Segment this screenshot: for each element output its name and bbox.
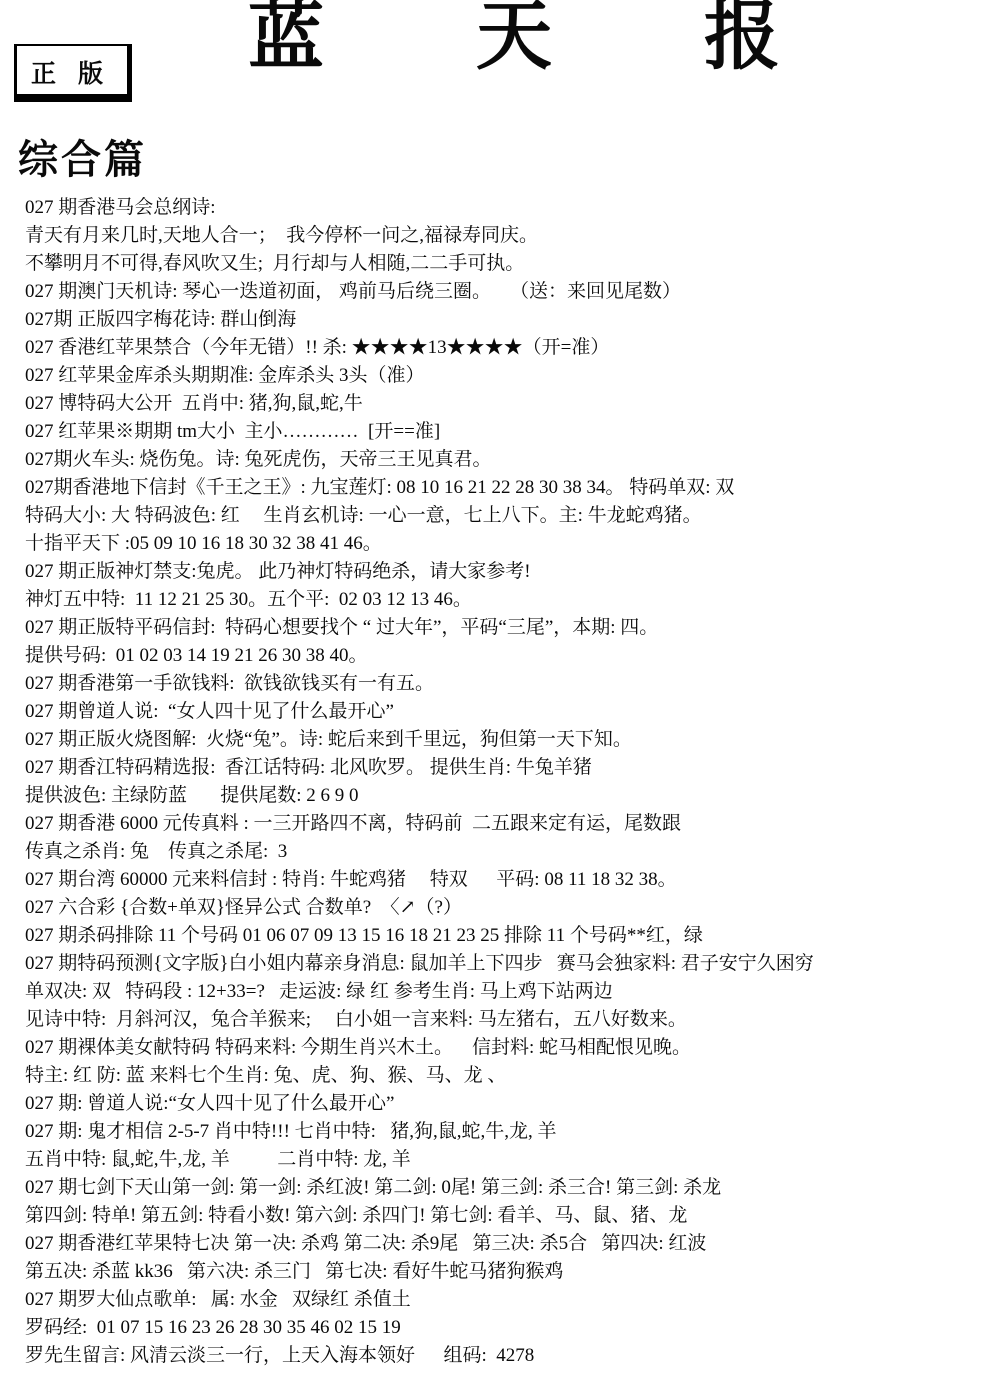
- masthead-title: 蓝 天 报: [248, 0, 780, 83]
- text-line-40: 027 期罗大仙点歌单: 属: 水金 双绿红 杀值土: [25, 1286, 985, 1314]
- text-line-8: 027 博特码大公开 五肖中: 猪,狗,鼠,蛇,牛: [25, 390, 985, 418]
- text-line-3: 不攀明月不可得,春风吹又生; 月行却与人相随,二二手可执。: [25, 250, 985, 278]
- text-line-9: 027 红苹果※期期 tm大小 主小………… [开==准]: [25, 418, 985, 446]
- text-line-35: 五肖中特: 鼠,蛇,牛,龙, 羊 二肖中特: 龙, 羊: [25, 1146, 985, 1174]
- text-line-23: 027 期香港 6000 元传真料 : 一三开路四不离，特码前 二五跟来定有运，…: [25, 810, 985, 838]
- text-line-16: 027 期正版特平码信封: 特码心想要找个 “ 过大年”，平码“三尾”，本期: …: [25, 614, 985, 642]
- text-line-28: 027 期特码预测{文字版}白小姐内幕亲身消息: 鼠加羊上下四步 赛马会独家料:…: [25, 950, 985, 978]
- text-line-33: 027 期: 曾道人说:“女人四十见了什么最开心”: [25, 1090, 985, 1118]
- newspaper-page: 正版 蓝 天 报 综合篇 027 期香港马会总纲诗:青天有月来几时,天地人合一；…: [0, 0, 989, 1388]
- masthead-char-3: 报: [704, 0, 780, 83]
- masthead-char-1: 蓝: [248, 0, 324, 83]
- text-line-1: 027 期香港马会总纲诗:: [25, 194, 985, 222]
- text-line-27: 027 期杀码排除 11 个号码 01 06 07 09 13 15 16 18…: [25, 922, 985, 950]
- text-line-10: 027期火车头: 烧伤兔。诗: 兔死虎伤，天帝三王见真君。: [25, 446, 985, 474]
- text-line-24: 传真之杀肖: 兔 传真之杀尾: 3: [25, 838, 985, 866]
- content-lines: 027 期香港马会总纲诗:青天有月来几时,天地人合一； 我今停杯一问之,福禄寿同…: [25, 194, 985, 1370]
- text-line-37: 第四剑: 特单! 第五剑: 特看小数! 第六剑: 杀四门! 第七剑: 看羊、马、…: [25, 1202, 985, 1230]
- text-line-4: 027 期澳门天机诗: 琴心一迭道初面， 鸡前马后绕三圈。 （送：来回见尾数）: [25, 278, 985, 306]
- text-line-13: 十指平天下 :05 09 10 16 18 30 32 38 41 46。: [25, 530, 985, 558]
- text-line-5: 027期 正版四字梅花诗: 群山倒海: [25, 306, 985, 334]
- text-line-22: 提供波色: 主绿防蓝 提供尾数: 2 6 9 0: [25, 782, 985, 810]
- edition-badge: 正版: [14, 44, 132, 102]
- text-line-32: 特主: 红 防: 蓝 来料七个生肖: 兔、虎、狗、猴、马、龙 、: [25, 1062, 985, 1090]
- text-line-31: 027 期裸体美女献特码 特码来料: 今期生肖兴木土。 信封料: 蛇马相配恨见晚…: [25, 1034, 985, 1062]
- text-line-34: 027 期: 鬼才相信 2-5-7 肖中特!!! 七肖中特: 猪,狗,鼠,蛇,牛…: [25, 1118, 985, 1146]
- text-line-39: 第五决: 杀蓝 kk36 第六决: 杀三门 第七决: 看好牛蛇马猪狗猴鸡: [25, 1258, 985, 1286]
- text-line-21: 027 期香江特码精选报: 香江话特码: 北风吹罗。 提供生肖: 牛兔羊猪: [25, 754, 985, 782]
- text-line-14: 027 期正版神灯禁支:兔虎。 此乃神灯特码绝杀，请大家参考!: [25, 558, 985, 586]
- text-line-26: 027 六合彩 {合数+单双}怪异公式 合数单? 〈↗（?）: [25, 894, 985, 922]
- text-line-6: 027 香港红苹果禁合（今年无错）!! 杀: ★★★★13★★★★（开=准）: [25, 334, 985, 362]
- text-line-41: 罗码经: 01 07 15 16 23 26 28 30 35 46 02 15…: [25, 1314, 985, 1342]
- text-line-19: 027 期曾道人说: “女人四十见了什么最开心”: [25, 698, 985, 726]
- text-line-15: 神灯五中特: 11 12 21 25 30。五个平: 02 03 12 13 4…: [25, 586, 985, 614]
- section-title: 综合篇: [18, 128, 147, 185]
- text-line-11: 027期香港地下信封《千王之王》: 九宝莲灯: 08 10 16 21 22 2…: [25, 474, 985, 502]
- text-line-38: 027 期香港红苹果特七决 第一决: 杀鸡 第二决: 杀9尾 第三决: 杀5合 …: [25, 1230, 985, 1258]
- text-line-17: 提供号码: 01 02 03 14 19 21 26 30 38 40。: [25, 642, 985, 670]
- text-line-29: 单双决: 双 特码段 : 12+33=? 走运波: 绿 红 参考生肖: 马上鸡下…: [25, 978, 985, 1006]
- text-line-7: 027 红苹果金库杀头期期准: 金库杀头 3头（准）: [25, 362, 985, 390]
- text-line-18: 027 期香港第一手欲钱料: 欲钱欲钱买有一有五。: [25, 670, 985, 698]
- text-line-42: 罗先生留言: 风清云淡三一行，上天入海本领好 组码: 4278: [25, 1342, 985, 1370]
- text-line-2: 青天有月来几时,天地人合一； 我今停杯一问之,福禄寿同庆。: [25, 222, 985, 250]
- text-line-36: 027 期七剑下天山第一剑: 第一剑: 杀红波! 第二剑: 0尾! 第三剑: 杀…: [25, 1174, 985, 1202]
- text-line-20: 027 期正版火烧图解: 火烧“兔”。诗: 蛇后来到千里远，狗但第一天下知。: [25, 726, 985, 754]
- text-line-25: 027 期台湾 60000 元来料信封 : 特肖: 牛蛇鸡猪 特双 平码: 08…: [25, 866, 985, 894]
- text-line-12: 特码大小: 大 特码波色: 红 生肖玄机诗: 一心一意，七上八下。主: 牛龙蛇鸡…: [25, 502, 985, 530]
- masthead-char-2: 天: [476, 0, 552, 83]
- text-line-30: 见诗中特: 月斜河汉，兔合羊猴来; 白小姐一言来料: 马左猪右，五八好数来。: [25, 1006, 985, 1034]
